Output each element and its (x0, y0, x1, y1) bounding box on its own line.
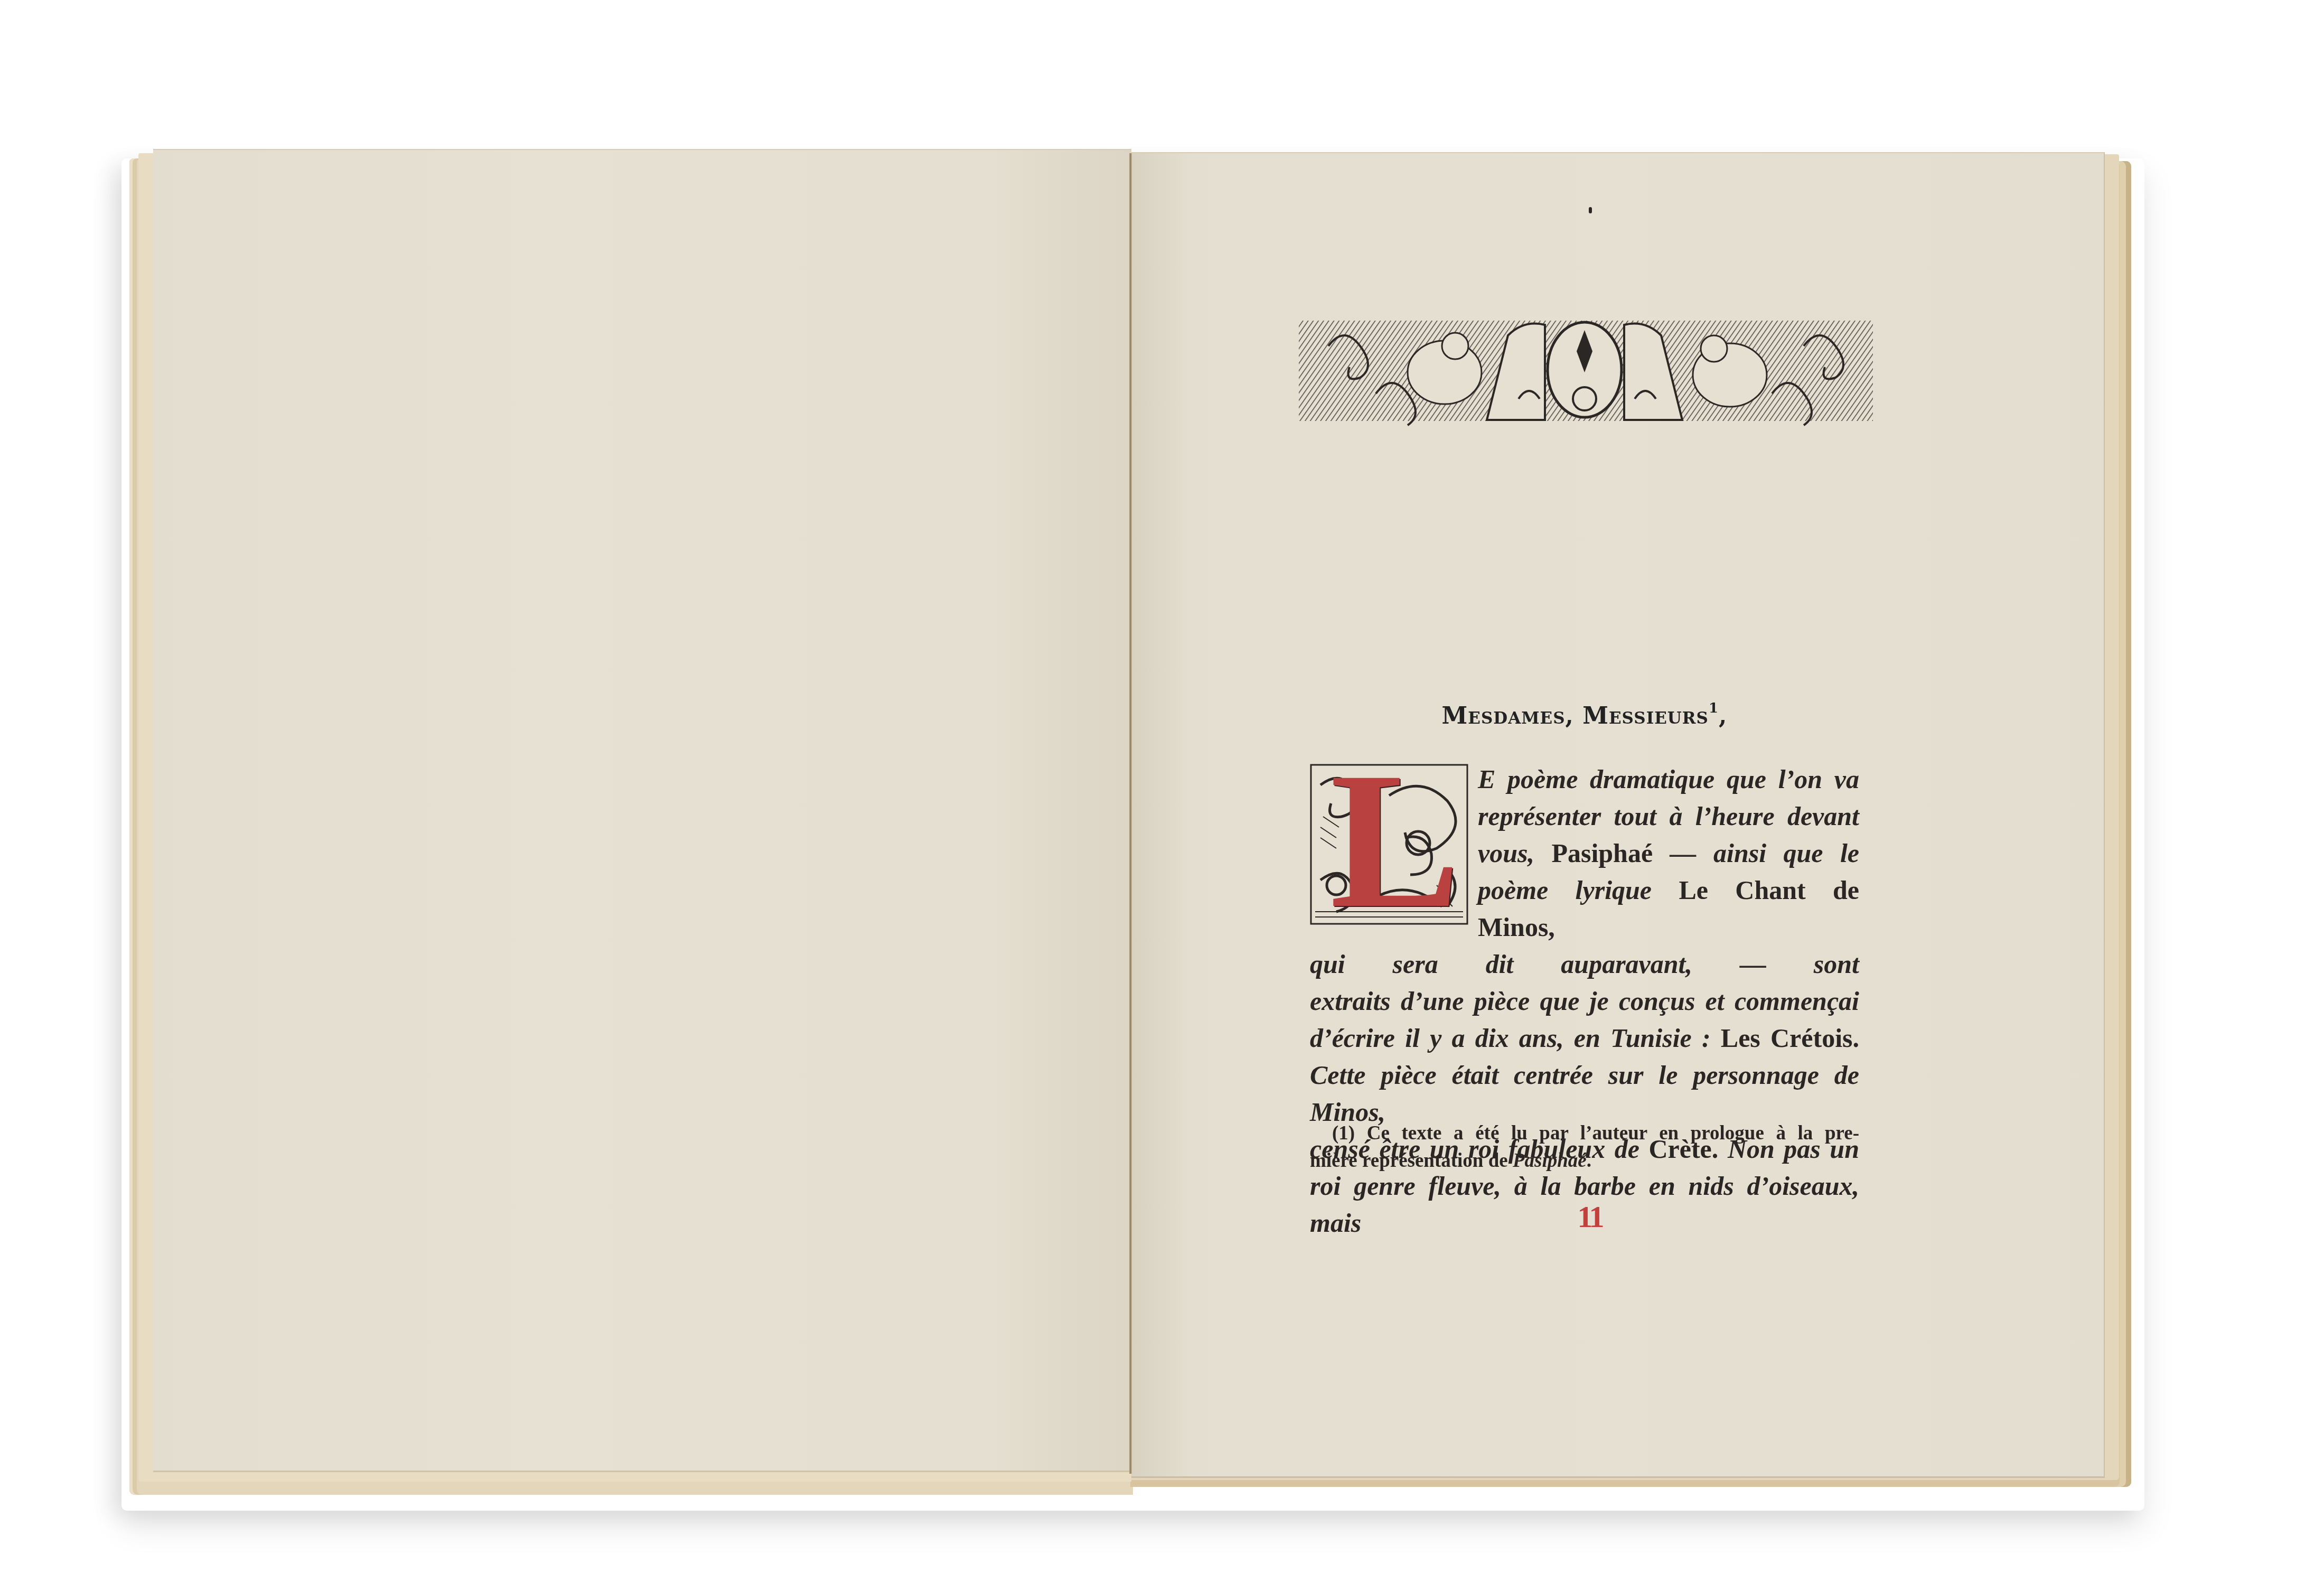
italic-text: représenter tout à l’heure devant (1478, 801, 1859, 831)
footnote-title-italic: Pasiphaé (1513, 1150, 1587, 1172)
footnote-marker[interactable]: 1 (1709, 700, 1719, 716)
italic-text: Cette pièce était centrée sur le personn… (1310, 1060, 1859, 1127)
footnote-line-2-suffix: . (1587, 1150, 1591, 1172)
footnote: (1) Ce texte a été lu par l’auteur en pr… (1310, 1120, 1859, 1175)
footnote-line-2-text: mière représentation de (1310, 1150, 1513, 1172)
drop-cap-letter: L (1330, 743, 1460, 938)
body-line: extraits d’une pièce que je conçus et co… (1310, 982, 1859, 1019)
italic-text: — ainsi que le (1653, 838, 1859, 868)
footnote-line-1: (1) Ce texte a été lu par l’auteur en pr… (1310, 1120, 1859, 1147)
woodcut-scrollwork-icon (1297, 314, 1875, 428)
italic-text: poème lyrique (1478, 875, 1679, 905)
upright-title-text: Les Crétois. (1721, 1023, 1859, 1053)
page-number: 11 (1558, 1199, 1622, 1234)
upright-title-text: Pasiphaé (1551, 838, 1653, 868)
italic-text: extraits d’une pièce que je conçus et co… (1310, 986, 1859, 1016)
drop-cap: L (1310, 764, 1468, 925)
italic-text: d’écrire il y a dix ans, en Tunisie : (1310, 1023, 1721, 1053)
body-line: qui sera dit auparavant, — sont (1310, 946, 1859, 982)
salutation-trailing: , (1719, 703, 1727, 729)
italic-text: qui sera dit auparavant, — sont (1310, 949, 1859, 979)
footnote-line-2: mière représentation de Pasiphaé. (1310, 1147, 1859, 1175)
body-line: d’écrire il y a dix ans, en Tunisie : Le… (1310, 1019, 1859, 1056)
book-gutter (1129, 153, 1132, 1474)
ornamental-headpiece (1297, 314, 1875, 428)
salutation-text: Mesdames, Messieurs (1442, 703, 1709, 729)
left-page-blank[interactable] (153, 149, 1131, 1472)
salutation-heading: Mesdames, Messieurs1, (1310, 703, 1859, 729)
italic-text: E poème dramatique que l’on va (1478, 764, 1859, 794)
italic-text: vous, (1478, 838, 1551, 868)
paper-speck (1589, 207, 1592, 213)
body-line: Cette pièce était centrée sur le personn… (1310, 1056, 1859, 1130)
